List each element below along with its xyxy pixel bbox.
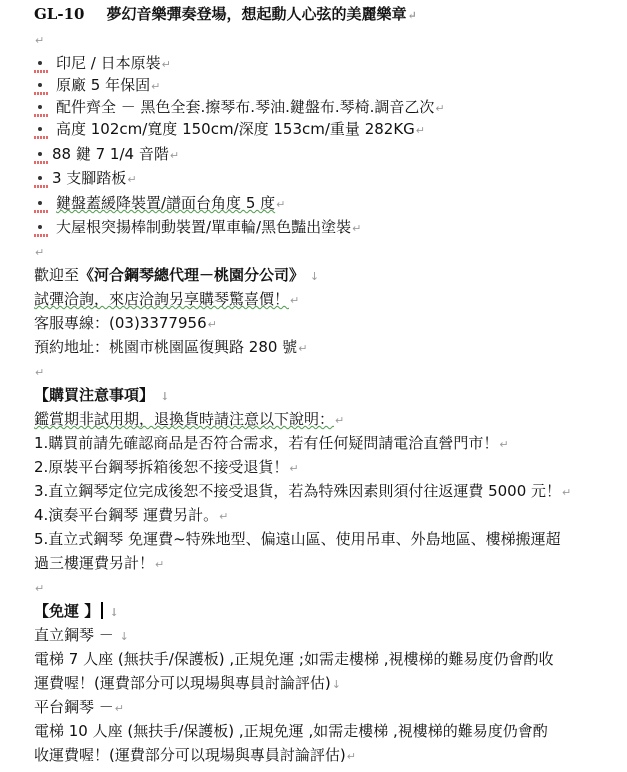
address: 桃園市桃園區復興路 280 號 [109, 338, 297, 356]
company-name: 《河合鋼琴總代理－桃園分公司》 [79, 266, 304, 284]
phone-line: 客服專線：(03)3377956↵ [34, 313, 217, 335]
notice-item: 4.演奏平台鋼琴 運費另計。↵ [34, 505, 228, 527]
model-code: GL-10 [34, 5, 84, 23]
phone-number: (03)3377956 [109, 314, 207, 332]
feature-item: 配件齊全 － 黑色全套.擦琴布.琴油.鍵盤布.琴椅.調音乙次↵ [34, 97, 445, 119]
upright-line: 運費喔！(運費部分可以現場與專員討論評估)↓ [34, 673, 341, 695]
bullet-icon [34, 217, 56, 237]
bullet-icon [34, 144, 52, 164]
bullet-icon [34, 53, 56, 73]
notice-item: 5.直立式鋼琴 免運費~特殊地型、偏遠山區、使用吊車、外島地區、樓梯搬運超 [34, 529, 561, 549]
empty-paragraph: ↵ [34, 361, 44, 383]
trial-line: 試彈洽詢，來店洽詢另享購琴驚喜價！↵ [34, 289, 299, 311]
paragraph-mark: ↵ [407, 9, 416, 22]
grand-line: 電梯 10 人座 (無扶手/保護板) ,正規免運 ,如需走樓梯 ,視樓梯的難易度… [34, 721, 548, 741]
feature-item: 大屋根突揚棒制動裝置/單車輪/黑色豔出塗裝↵ [34, 217, 361, 239]
upright-line: 電梯 7 人座 (無扶手/保護板) ,正規免運 ;如需走樓梯 ,視樓梯的難易度仍… [34, 649, 554, 669]
grand-label: 平台鋼琴 －↵ [34, 697, 124, 719]
notice-item: 2.原裝平台鋼琴拆箱後恕不接受退貨！↵ [34, 457, 299, 479]
bullet-icon [34, 97, 56, 117]
empty-paragraph: ↵ [34, 29, 44, 51]
feature-item: 印尼 / 日本原裝↵ [34, 53, 171, 75]
bullet-icon [34, 193, 56, 213]
feature-item: 88 鍵 7 1/4 音階↵ [34, 144, 179, 166]
empty-paragraph: ↵ [34, 577, 44, 599]
address-line: 預約地址：桃園市桃園區復興路 280 號↵ [34, 337, 307, 359]
bullet-icon [34, 168, 52, 188]
notice-heading: 【購買注意事項】 ↓ [34, 385, 169, 407]
bullet-icon [34, 119, 56, 139]
feature-item: 鍵盤蓋緩降裝置/譜面台角度 5 度↵ [34, 193, 285, 215]
title-text: 夢幻音樂彈奏登場，想起動人心弦的美麗樂章 [106, 5, 406, 23]
notice-item: 3.直立鋼琴定位完成後恕不接受退貨，若為特殊因素則須付往返運費 5000 元！↵ [34, 481, 571, 503]
feature-item: 3 支腳踏板↵ [34, 168, 137, 190]
notice-item-continued: 過三樓運費另計！↵ [34, 553, 164, 575]
shipping-heading: 【免運 】 ↓ [34, 601, 119, 623]
empty-paragraph: ↵ [34, 241, 44, 263]
notice-item: 1.購買前請先確認商品是否符合需求，若有任何疑問請電洽直營門市！↵ [34, 433, 509, 455]
upright-label: 直立鋼琴 － ↓ [34, 625, 129, 647]
notice-intro: 鑑賞期非試用期，退換貨時請注意以下說明：↵ [34, 409, 344, 431]
grand-line: 收運費喔！(運費部分可以現場與專員討論評估)↵ [34, 745, 356, 767]
text-cursor [101, 602, 103, 619]
welcome-line: 歡迎至《河合鋼琴總代理－桃園分公司》 ↓ [34, 265, 319, 287]
bullet-icon [34, 75, 56, 95]
page-title: GL-10夢幻音樂彈奏登場，想起動人心弦的美麗樂章↵ [34, 4, 417, 26]
feature-item: 原廠 5 年保固↵ [34, 75, 160, 97]
feature-item: 高度 102cm/寬度 150cm/深度 153cm/重量 282KG↵ [34, 119, 425, 141]
